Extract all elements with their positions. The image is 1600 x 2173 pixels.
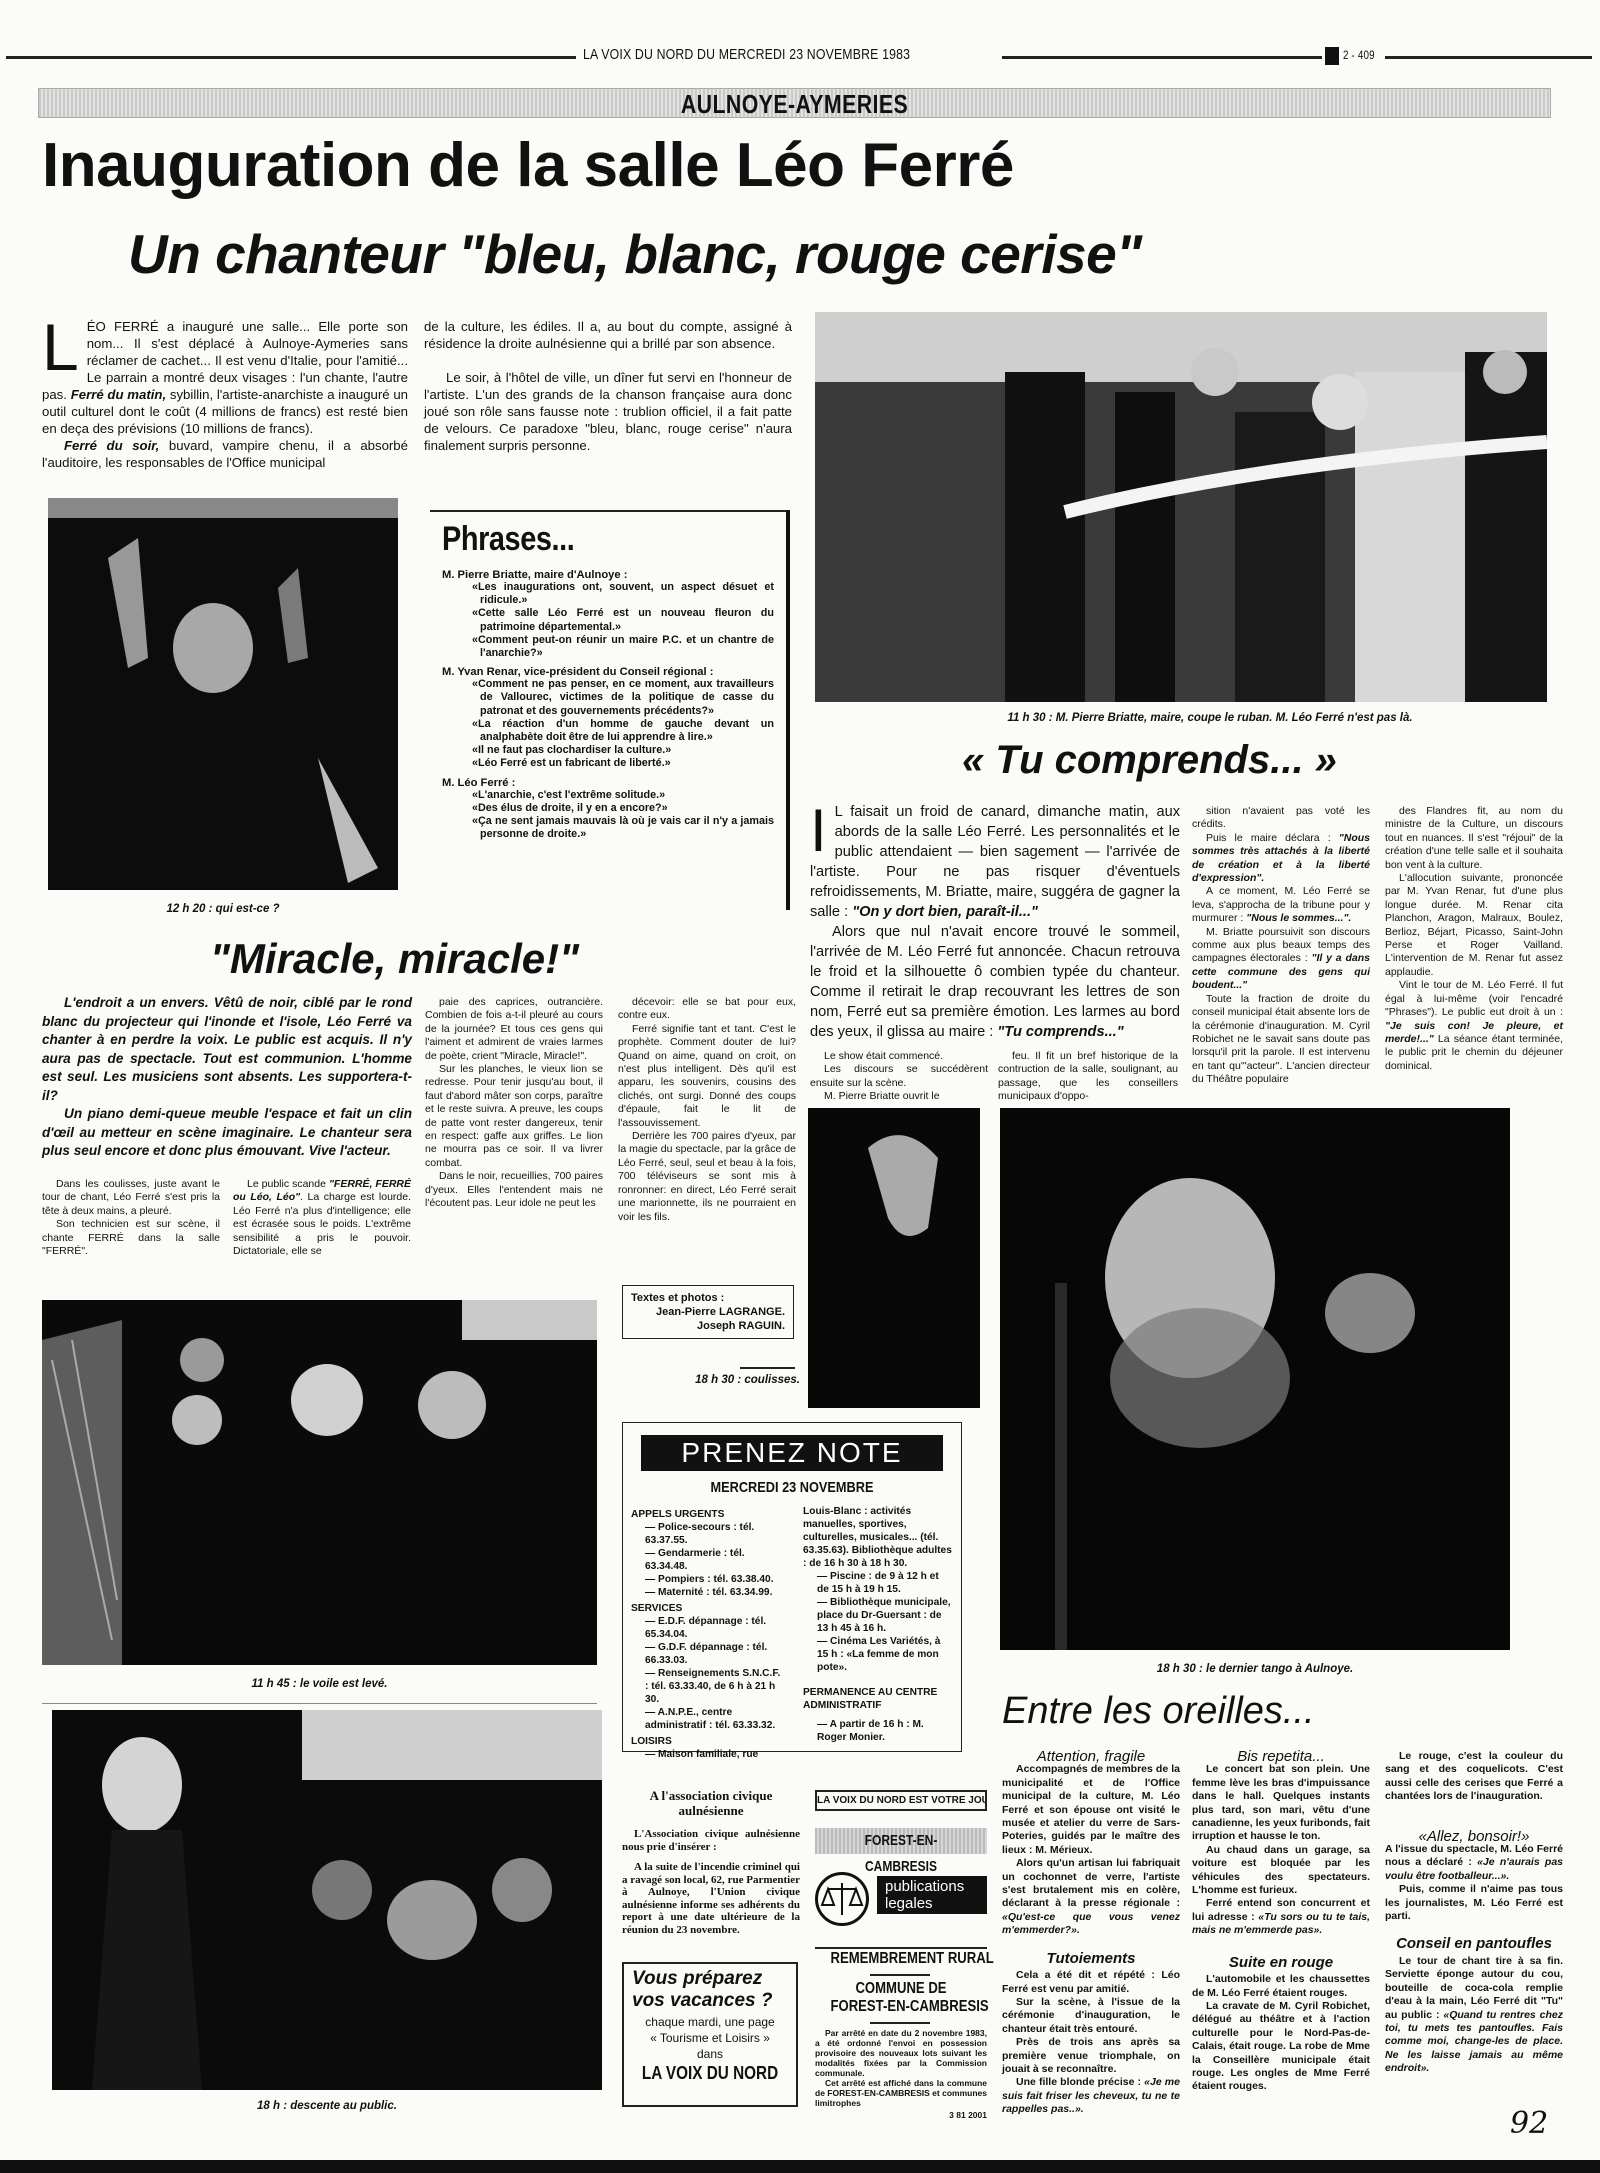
credits-author: Jean-Pierre LAGRANGE. — [631, 1305, 785, 1319]
divider — [870, 1974, 930, 1976]
miracle-col-1: Dans les coulisses, juste avant le tour … — [42, 1178, 220, 1258]
photo-backstage-profile — [808, 1108, 980, 1408]
photo-leo-ferre-stage — [48, 498, 398, 890]
divider — [870, 2022, 930, 2024]
headline: Inauguration de la salle Léo Ferré — [42, 130, 1014, 201]
tu-comprends-sub-col-1: Le show était commencé. Les discours se … — [810, 1050, 988, 1104]
divider — [815, 1947, 987, 1949]
phrases-speaker: M. Léo Ferré : — [442, 777, 774, 789]
photo-3-caption: 18 h 30 : coulisses. — [620, 1374, 800, 1386]
credits-box: Textes et photos : Jean-Pierre LAGRANGE.… — [622, 1285, 794, 1339]
association-notice: A l'association civique aulnésienne L'As… — [622, 1788, 800, 1936]
credits-label: Textes et photos : — [631, 1291, 785, 1305]
association-title: A l'association civique aulnésienne — [622, 1788, 800, 1818]
lead-col-1: LÉO FERRÉ a inauguré une salle... Elle p… — [42, 318, 408, 471]
miracle-title: "Miracle, miracle!" — [210, 935, 579, 983]
section-title: AULNOYE-AYMERIES — [175, 89, 1414, 119]
photo-veil-lifted — [42, 1300, 597, 1665]
prenez-note-left-col: APPELS URGENTS — Police-secours : tél. 6… — [631, 1505, 781, 1761]
photo-6-caption: 18 h : descente au public. — [52, 2100, 602, 2112]
section-band: AULNOYE-AYMERIES — [38, 88, 1551, 118]
oreilles-title: Entre les oreilles... — [1002, 1690, 1315, 1733]
tu-comprends-col-4: des Flandres fit, au nom du ministre de … — [1385, 805, 1563, 1073]
masthead-rule-mid — [1002, 56, 1322, 59]
publications-legales-logo: publications legales — [815, 1876, 987, 1922]
phrases-title: Phrases... — [442, 520, 734, 559]
tu-comprends-title: « Tu comprends... » — [962, 738, 1337, 783]
divider — [740, 1367, 795, 1369]
photo-2-caption: 11 h 30 : M. Pierre Briatte, maire, coup… — [960, 712, 1460, 724]
photo-1-caption: 12 h 20 : qui est-ce ? — [48, 903, 398, 915]
miracle-col-4: décevoir: elle se bat pour eux, contre e… — [618, 996, 796, 1224]
credits-author: Joseph RAGUIN. — [631, 1319, 785, 1333]
subheadline: Un chanteur "bleu, blanc, rouge cerise" — [128, 222, 1142, 286]
masthead-rule-right — [1385, 56, 1592, 59]
scan-edge — [0, 2160, 1600, 2173]
miracle-col-2: Le public scande "FERRÉ, FERRÉ ou Léo, L… — [233, 1178, 411, 1258]
phrases-speaker: M. Yvan Renar, vice-président du Conseil… — [442, 666, 774, 678]
oreilles-col-1: Attention, fragile Accompagnés de membre… — [1002, 1750, 1180, 2117]
legal-banner: LA VOIX DU NORD EST VOTRE JOURNAL — [815, 1790, 987, 1811]
vacances-ad: Vous préparez vos vacances ? chaque mard… — [622, 1962, 798, 2107]
prenez-note-right-col: Louis-Blanc : activités manuelles, sport… — [803, 1505, 953, 1744]
legal-heading: REMEMBREMENT RURAL — [830, 1950, 971, 1968]
photo-leo-ferre-portrait — [1000, 1108, 1510, 1650]
masthead-title: LA VOIX DU NORD DU MERCREDI 23 NOVEMBRE … — [583, 46, 910, 63]
dropcap: I — [810, 805, 827, 857]
scales-icon — [815, 1872, 869, 1926]
town-band: FOREST-EN-CAMBRESIS — [815, 1828, 987, 1854]
phrases-speaker: M. Pierre Briatte, maire d'Aulnoye : — [442, 569, 774, 581]
phrases-top-rule — [430, 510, 786, 512]
photo-descent-to-audience — [52, 1710, 602, 2090]
prenez-note-date: MERCREDI 23 NOVEMBRE — [648, 1479, 935, 1496]
dropcap: L — [42, 321, 79, 373]
prenez-note-box: PRENEZ NOTE MERCREDI 23 NOVEMBRE APPELS … — [622, 1422, 962, 1752]
oreilles-col-2: Bis repetita... Le concert bat son plein… — [1192, 1750, 1370, 2094]
tu-comprends-sub-col-2: feu. Il fit un bref historique de la con… — [998, 1050, 1178, 1104]
page-marker — [1325, 47, 1339, 65]
oreilles-col-3: Le rouge, c'est la couleur du sang et de… — [1385, 1750, 1563, 2076]
photo-4-caption: 18 h 30 : le dernier tango à Aulnoye. — [1000, 1663, 1510, 1675]
page-reference: 2 - 409 — [1343, 48, 1375, 62]
photo-5-caption: 11 h 45 : le voile est levé. — [42, 1678, 597, 1690]
prenez-note-title: PRENEZ NOTE — [641, 1435, 943, 1471]
masthead-rule-left — [6, 56, 576, 59]
legal-commune: COMMUNE DE FOREST-EN-CAMBRESIS — [815, 1980, 987, 2016]
legal-text: Par arrêté en date du 2 novembre 1983, a… — [815, 2028, 987, 2120]
publications-legales-label: publications legales — [877, 1876, 987, 1914]
photo-ribbon-cutting — [815, 312, 1547, 702]
lead-col-2: de la culture, les édiles. Il a, au bout… — [424, 318, 792, 454]
handwritten-page-mark: 92 — [1510, 2106, 1548, 2141]
miracle-intro: L'endroit a un envers. Vêtû de noir, cib… — [42, 994, 412, 1161]
tu-comprends-col-3: sition n'avaient pas voté les crédits. P… — [1192, 805, 1370, 1087]
phrases-box: Phrases... M. Pierre Briatte, maire d'Au… — [430, 510, 790, 910]
miracle-col-3: paie des caprices, outrancière. Combien … — [425, 996, 603, 1211]
tu-comprends-lead: IL faisait un froid de canard, dimanche … — [810, 802, 1180, 1042]
divider — [42, 1703, 597, 1704]
